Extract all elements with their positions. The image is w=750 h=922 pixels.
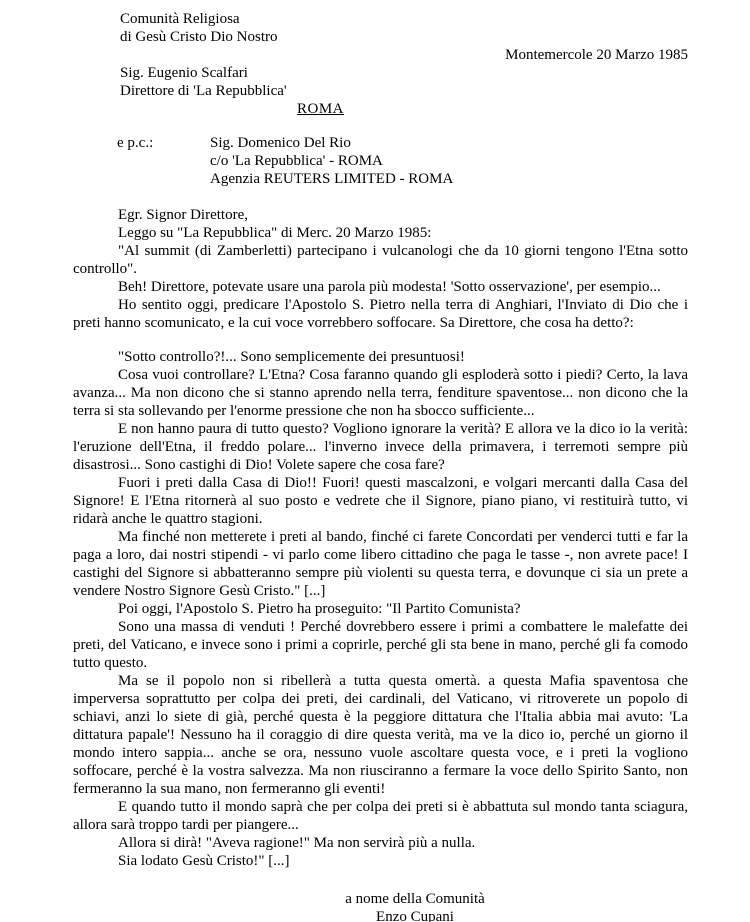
letter-body: Egr. Signor Direttore, Leggo su "La Repu… — [73, 206, 688, 870]
sender-block: Comunità Religiosa di Gesù Cristo Dio No… — [120, 10, 688, 46]
letter-page: Comunità Religiosa di Gesù Cristo Dio No… — [0, 0, 750, 922]
cc-label: e p.c.: — [117, 134, 210, 188]
letter-content: Comunità Religiosa di Gesù Cristo Dio No… — [0, 0, 750, 922]
sender-line: Comunità Religiosa — [120, 10, 688, 28]
cc-line: c/o 'La Repubblica' - ROMA — [210, 152, 453, 170]
recipient-city-line: ROMA — [297, 100, 688, 118]
paragraph: Sia lodato Gesù Cristo!" [...] — [73, 852, 688, 870]
cc-block: e p.c.: Sig. Domenico Del Rio c/o 'La Re… — [117, 134, 688, 188]
recipient-line: Direttore di 'La Repubblica' — [120, 82, 688, 100]
paragraph: Leggo su "La Repubblica" di Merc. 20 Mar… — [73, 224, 688, 242]
cc-line: Sig. Domenico Del Rio — [210, 134, 453, 152]
paragraph: Ma finché non metterete i preti al bando… — [73, 528, 688, 600]
cc-lines: Sig. Domenico Del Rio c/o 'La Repubblica… — [210, 134, 453, 188]
date-line: Montemercole 20 Marzo 1985 — [73, 46, 688, 64]
paragraph: Allora si dirà! "Aveva ragione!" Ma non … — [73, 834, 688, 852]
paragraph: Ma se il popolo non si ribellerà a tutta… — [73, 672, 688, 798]
recipient-line: Sig. Eugenio Scalfari — [120, 64, 688, 82]
paragraph: Sono una massa di venduti ! Perché dovre… — [73, 618, 688, 672]
paragraph: Egr. Signor Direttore, — [73, 206, 688, 224]
letterhead: Comunità Religiosa di Gesù Cristo Dio No… — [73, 10, 688, 118]
paragraph: E non hanno paura di tutto questo? Vogli… — [73, 420, 688, 474]
paragraph: Cosa vuoi controllare? L'Etna? Cosa fara… — [73, 366, 688, 420]
paragraph: "Al summit (di Zamberletti) partecipano … — [73, 242, 688, 278]
paragraph: E quando tutto il mondo saprà che per co… — [73, 798, 688, 834]
paragraph: Beh! Direttore, potevate usare una parol… — [73, 278, 688, 296]
paragraph: Fuori i preti dalla Casa di Dio!! Fuori!… — [73, 474, 688, 528]
sender-line: di Gesù Cristo Dio Nostro — [120, 28, 688, 46]
signature-name: Enzo Cupani — [315, 908, 515, 922]
recipient-city: ROMA — [297, 101, 344, 117]
signature-on-behalf: a nome della Comunità — [315, 890, 515, 908]
paragraph: Ho sentito oggi, predicare l'Apostolo S.… — [73, 296, 688, 332]
cc-line: Agenzia REUTERS LIMITED - ROMA — [210, 170, 453, 188]
signature-block: a nome della Comunità Enzo Cupani — [315, 890, 515, 922]
recipient-block: Sig. Eugenio Scalfari Direttore di 'La R… — [120, 64, 688, 100]
paragraph: Poi oggi, l'Apostolo S. Pietro ha proseg… — [73, 600, 688, 618]
letter-scan: { "colors": { "background": "#ffffff", "… — [0, 0, 750, 922]
paragraph: "Sotto controllo?!... Sono semplicemente… — [73, 348, 688, 366]
